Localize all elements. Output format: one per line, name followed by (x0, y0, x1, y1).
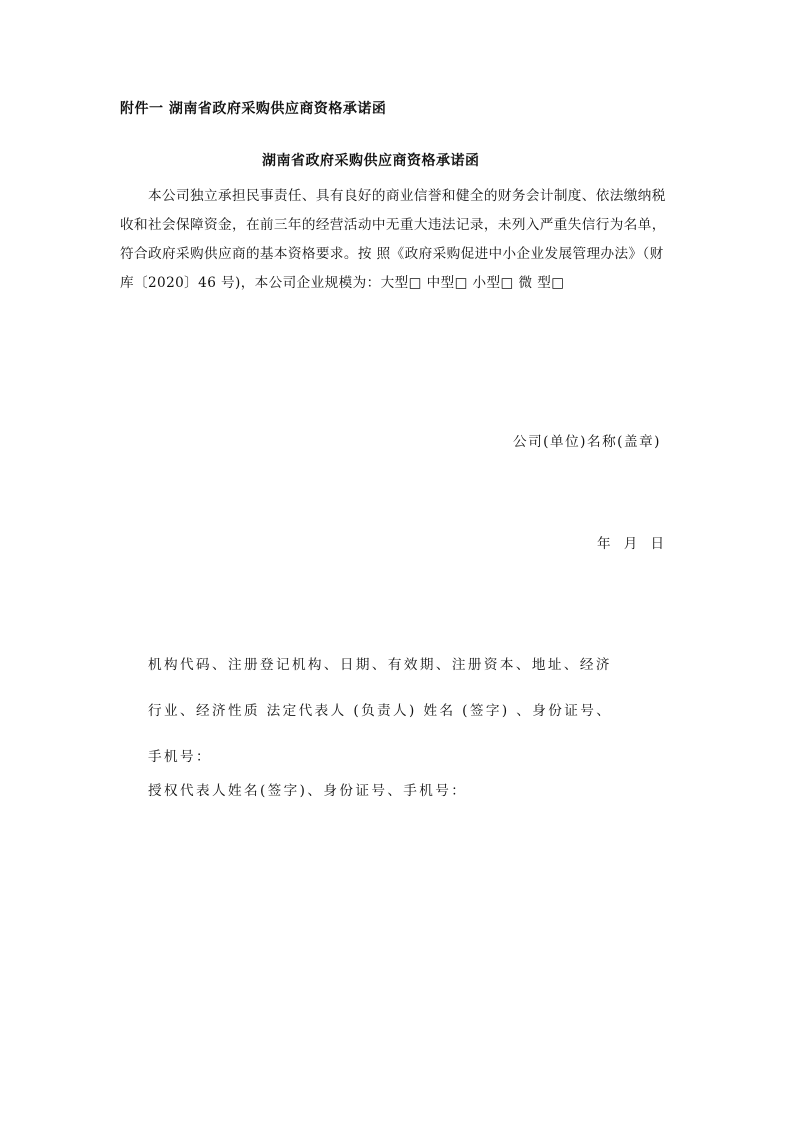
date-label: 年 月 日 (597, 532, 666, 552)
annex-title: 附件一 湖南省政府采购供应商资格承诺函 (120, 98, 386, 118)
info-line: 行业、经济性质 法定代表人 (负责人) 姓名 (签字) 、身份证号、 (148, 699, 612, 719)
document-title: 湖南省政府采购供应商资格承诺函 (262, 150, 480, 170)
info-line: 授权代表人姓名(签字)、身份证号、手机号： (148, 779, 467, 799)
info-line: 手机号： (148, 745, 212, 765)
paragraph-line: 符合政府采购供应商的基本资格要求。按 照《政府采购促进中小企业发展管理办法》（财 (120, 242, 664, 262)
enterprise-size-line: 库〔2020〕46 号)，本公司企业规模为：大型□ 中型□ 小型□ 微 型□ (120, 271, 564, 291)
paragraph-line: 收和社会保障资金，在前三年的经营活动中无重大违法记录，未列入严重失信行为名单， (120, 213, 666, 233)
info-line: 机构代码、注册登记机构、日期、有效期、注册资本、地址、经济 (148, 653, 612, 673)
company-name-seal-label: 公司(单位)名称(盖章) (513, 430, 661, 450)
paragraph-line: 本公司独立承担民事责任、具有良好的商业信誉和健全的财务会计制度、依法缴纳税 (148, 184, 666, 204)
